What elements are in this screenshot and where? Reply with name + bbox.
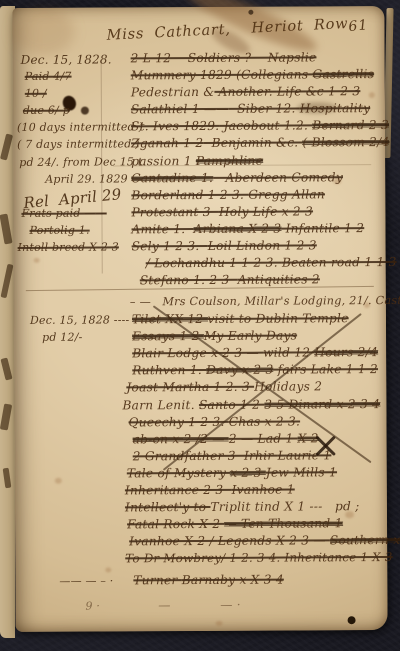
entry-text: ab-on x 2 /2 — 2 — Lad 1 X 2 [133, 431, 319, 446]
margin-note: Frats paid —— [21, 206, 106, 219]
ledger-row: 10 /Pedestrian & Another. Life &c 1 2 3 [13, 84, 385, 103]
ledger-row: Ruthven 1. Davy x 2 3 fairs Lake 1 1 2 [14, 362, 386, 381]
ledger-row: Paid 4/7Mummery 1829 (Collegians Gastrel… [13, 67, 385, 86]
ledger-row: Dec. 15, 1828 ----Tilet XX 12 visit to D… [14, 311, 386, 330]
ledger-row: Joast Martha 1 2. 3 Holidays 2 [14, 379, 386, 398]
ledger-row: April 29. 1829 —Cantadine 1. Aberdeen Co… [13, 170, 385, 189]
entry-text: Stefano 1. 2 3 Antiquities 2 [140, 273, 320, 288]
entry-text: 2 Grandfather 3 Irhir Laurie 1 [133, 448, 332, 463]
ledger-row: Blair Lodge x 2 3 — wild 12 Hours 2/4 [14, 345, 386, 364]
entry-text: Turner Barnaby x X 3 4 [133, 572, 284, 587]
ink-blot [348, 616, 356, 624]
margin-note: pd 12/- [42, 331, 82, 344]
entry-text: Protestant 3 Holy Life x 2 3 [131, 204, 313, 219]
entry-text: St. Ives 1829. Jacobout 1.2. Bernard 2 3 [131, 118, 389, 133]
margin-note: Dec. 15, 1828 ---- [30, 313, 130, 327]
entry-text: Amite 1. Arbiana X 2 3 Infantile 1 2 [131, 221, 364, 236]
ledger-row: Inheritance 2 3 Ivanhoe 1 [15, 482, 387, 501]
margin-note: 9 · [85, 599, 100, 612]
ink-blot [248, 10, 253, 15]
edge-ink-mark [0, 134, 13, 161]
ledger-section-1: Dec. 15, 1828.2 L 12 Soldiers ? NapslieP… [13, 50, 386, 291]
ledger-row: Frats paid ——Protestant 3 Holy Life x 2 … [13, 204, 385, 223]
edge-ink-mark [0, 404, 12, 431]
margin-note: —— — – · [59, 574, 113, 587]
ledger-row: due 6/ pSalathiel 1 —— Siber 12. Hospita… [13, 101, 385, 120]
edge-ink-mark [3, 468, 12, 489]
entry-text: passion 1 Pamphline [131, 153, 263, 168]
ledger-row: Queechy 1 2 3. Chas x 2 3. [15, 414, 387, 433]
entry-text: To Dr Mowbrey/ 1 2. 3 4. Inheritance 1 X… [125, 550, 392, 565]
margin-note: April 29. 1829 — [45, 172, 143, 186]
entry-text: Ivanhoe X 2 / Legends X 2 3 — Southern x… [129, 533, 400, 549]
ledger-row: —— — – ·Turner Barnaby x X 3 4 [15, 572, 387, 591]
ledger-row: 9 · — — · [15, 597, 387, 616]
entry-text: Borderland 1 2 3. Gregg Allan [131, 187, 325, 202]
ledger-row: Dec. 15, 1828.2 L 12 Soldiers ? Napslie [13, 50, 385, 69]
margin-note: 10 / [25, 87, 47, 100]
entry-text: Intellect'y to Triplit tind X 1 --- pd ; [125, 499, 360, 514]
entry-text: — — · [133, 597, 240, 612]
entry-text: – — Mrs Coulson, Millar's Lodging, 21/. … [130, 294, 400, 309]
ledger-row: Portolig 1.Amite 1. Arbiana X 2 3 Infant… [13, 221, 385, 240]
entry-text: Fatal Rock X 2 — Ten Thousand 1 [127, 516, 343, 531]
manuscript-page: 61 Miss Cathcart, Heriot Row Dec. 15, 18… [12, 6, 387, 632]
ledger-row: (10 days intermitted )St. Ives 1829. Jac… [13, 118, 385, 137]
ledger-row: Rel April 29Borderland 1 2 3. Gregg Alla… [13, 187, 385, 206]
entry-text: 2 L 12 Soldiers ? Napslie [131, 50, 317, 65]
margin-note: (10 days intermitted ) [17, 121, 143, 135]
entry-text: Blair Lodge x 2 3 — wild 12 Hours 2/4 [132, 345, 378, 360]
margin-note: Intoll breed X 2 3 [18, 240, 119, 254]
ledger-row: Intoll breed X 2 3Sely 1 2 3. Loil Lindo… [14, 238, 386, 257]
entry-text: Inheritance 2 3 Ivanhoe 1 [125, 483, 295, 498]
edge-ink-mark [0, 214, 13, 245]
ledger-row: To Dr Mowbrey/ 1 2. 3 4. Inheritance 1 X… [15, 550, 387, 569]
ledger-row: – — Mrs Coulson, Millar's Lodging, 21/. … [14, 294, 386, 313]
entry-text: / Lochandhu 1 1 2 3. Beaten road 1 1 3 [146, 255, 397, 270]
ledger-row: pd 24/. from Dec 15 t.passion 1 Pamphlin… [13, 153, 385, 172]
margin-note: pd 24/. from Dec 15 t. [19, 155, 146, 169]
ledger-section-2: – — Mrs Coulson, Millar's Lodging, 21/. … [14, 294, 388, 616]
ledger-row: ( 7 days intermitted )Zganah 1 2 Benjami… [13, 135, 385, 154]
edge-ink-mark [0, 357, 12, 380]
entry-text: Sely 1 2 3. Loil Lindon 1 2 3 [132, 238, 317, 253]
ledger-row: Ivanhoe X 2 / Legends X 2 3 — Southern x… [15, 533, 387, 552]
margin-note: ( 7 days intermitted ) [17, 138, 140, 152]
margin-note: Dec. 15, 1828. [21, 52, 112, 66]
margin-note: Portolig 1. [29, 224, 89, 237]
page-number: 61 [348, 17, 369, 35]
margin-note: Paid 4/7 [25, 70, 72, 83]
entry-text: Zganah 1 2 Benjamin &c. ( Blossom 2/4 [131, 135, 389, 150]
ledger-row: Barn Lenit. Santo 1 2 3 5 Dinard x 2 3 4 [14, 397, 386, 416]
edge-ink-mark [1, 264, 14, 299]
ledger-row: / Lochandhu 1 1 2 3. Beaten road 1 1 3 [14, 255, 386, 274]
entry-text: Cantadine 1. Aberdeen Comedy [131, 170, 343, 185]
entry-text: Pedestrian & Another. Life &c 1 2 3 [131, 84, 361, 99]
entry-text: Tale of Mystery x 2 3 Jew Mills 1 [127, 465, 337, 480]
entry-text: Ruthven 1. Davy x 2 3 fairs Lake 1 1 2 [132, 362, 378, 377]
ledger-row: Fatal Rock X 2 — Ten Thousand 1 [15, 516, 387, 535]
entry-text: Mummery 1829 (Collegians Gastrellis [131, 67, 374, 82]
stain [12, 8, 74, 56]
entry-text: Salathiel 1 —— Siber 12. Hospitality [131, 101, 370, 116]
margin-note: due 6/ p [23, 104, 70, 117]
ledger-row: Tale of Mystery x 2 3 Jew Mills 1 [15, 465, 387, 484]
fox-spot [216, 621, 223, 626]
ledger-row: Intellect'y to Triplit tind X 1 --- pd ; [15, 499, 387, 518]
entry-text: Joast Martha 1 2. 3 Holidays 2 [126, 380, 322, 395]
entry-text: Essays 1 2 My Early Days [132, 329, 297, 344]
